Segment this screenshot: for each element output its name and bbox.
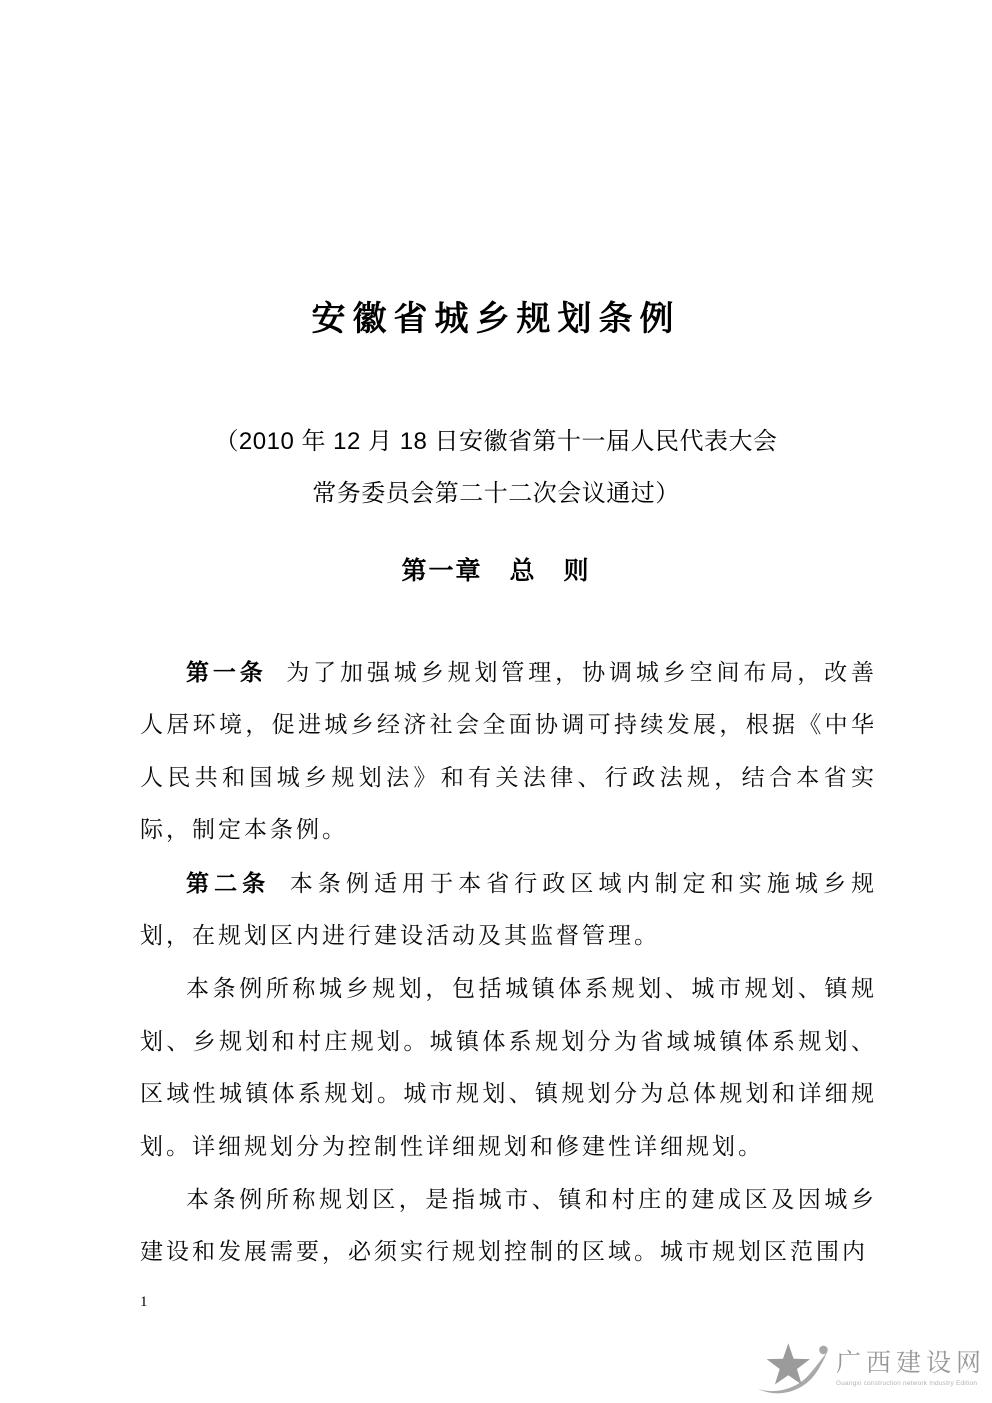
page-number: 1 [140,1294,148,1311]
article-2-number: 第二条 [186,870,270,896]
watermark-site-name: 广西建设网 [836,1350,986,1378]
watermark-tagline: Guangxi construction network Industry Ed… [836,1380,977,1387]
article-1-number: 第一条 [186,659,267,685]
chapter-heading: 第一章 总 则 [0,553,992,589]
logo-star [767,1343,810,1384]
paragraph-3-text: 本条例所称城乡规划，包括城镇体系规划、城市规划、镇规划、乡规划和村庄规划。城镇体… [140,976,877,1158]
star-logo-icon [756,1339,832,1397]
paragraph-4-text: 本条例所称规划区，是指城市、镇和村庄的建成区及因城乡建设和发展需要，必须实行规划… [140,1187,877,1264]
document-page: 安徽省城乡规划条例 （2010 年 12 月 18 日安徽省第十一届人民代表大会… [0,0,992,1403]
subtitle-line-2: 常务委员会第二十二次会议通过） [0,468,992,520]
document-title: 安徽省城乡规划条例 [0,0,992,342]
paragraph-planning-area: 本条例所称规划区，是指城市、镇和村庄的建成区及因城乡建设和发展需要，必须实行规划… [140,1173,877,1279]
document-subtitle: （2010 年 12 月 18 日安徽省第十一届人民代表大会 常务委员会第二十二… [0,416,992,520]
paragraph-article-1: 第一条为了加强城乡规划管理，协调城乡空间布局，改善人居环境，促进城乡经济社会全面… [140,646,877,857]
paragraph-article-2: 第二条本条例适用于本省行政区域内制定和实施城乡规划，在规划区内进行建设活动及其监… [140,857,877,963]
paragraph-planning-types: 本条例所称城乡规划，包括城镇体系规划、城市规划、镇规划、乡规划和村庄规划。城镇体… [140,962,877,1173]
subtitle-line-1: （2010 年 12 月 18 日安徽省第十一届人民代表大会 [0,416,992,468]
watermark-text: 广西建设网 Guangxi construction network Indus… [836,1350,986,1387]
site-watermark: 广西建设网 Guangxi construction network Indus… [756,1339,986,1397]
logo-ball [819,1346,828,1355]
document-body: 第一条为了加强城乡规划管理，协调城乡空间布局，改善人居环境，促进城乡经济社会全面… [0,646,992,1279]
article-1-text: 为了加强城乡规划管理，协调城乡空间布局，改善人居环境，促进城乡经济社会全面协调可… [140,660,877,842]
